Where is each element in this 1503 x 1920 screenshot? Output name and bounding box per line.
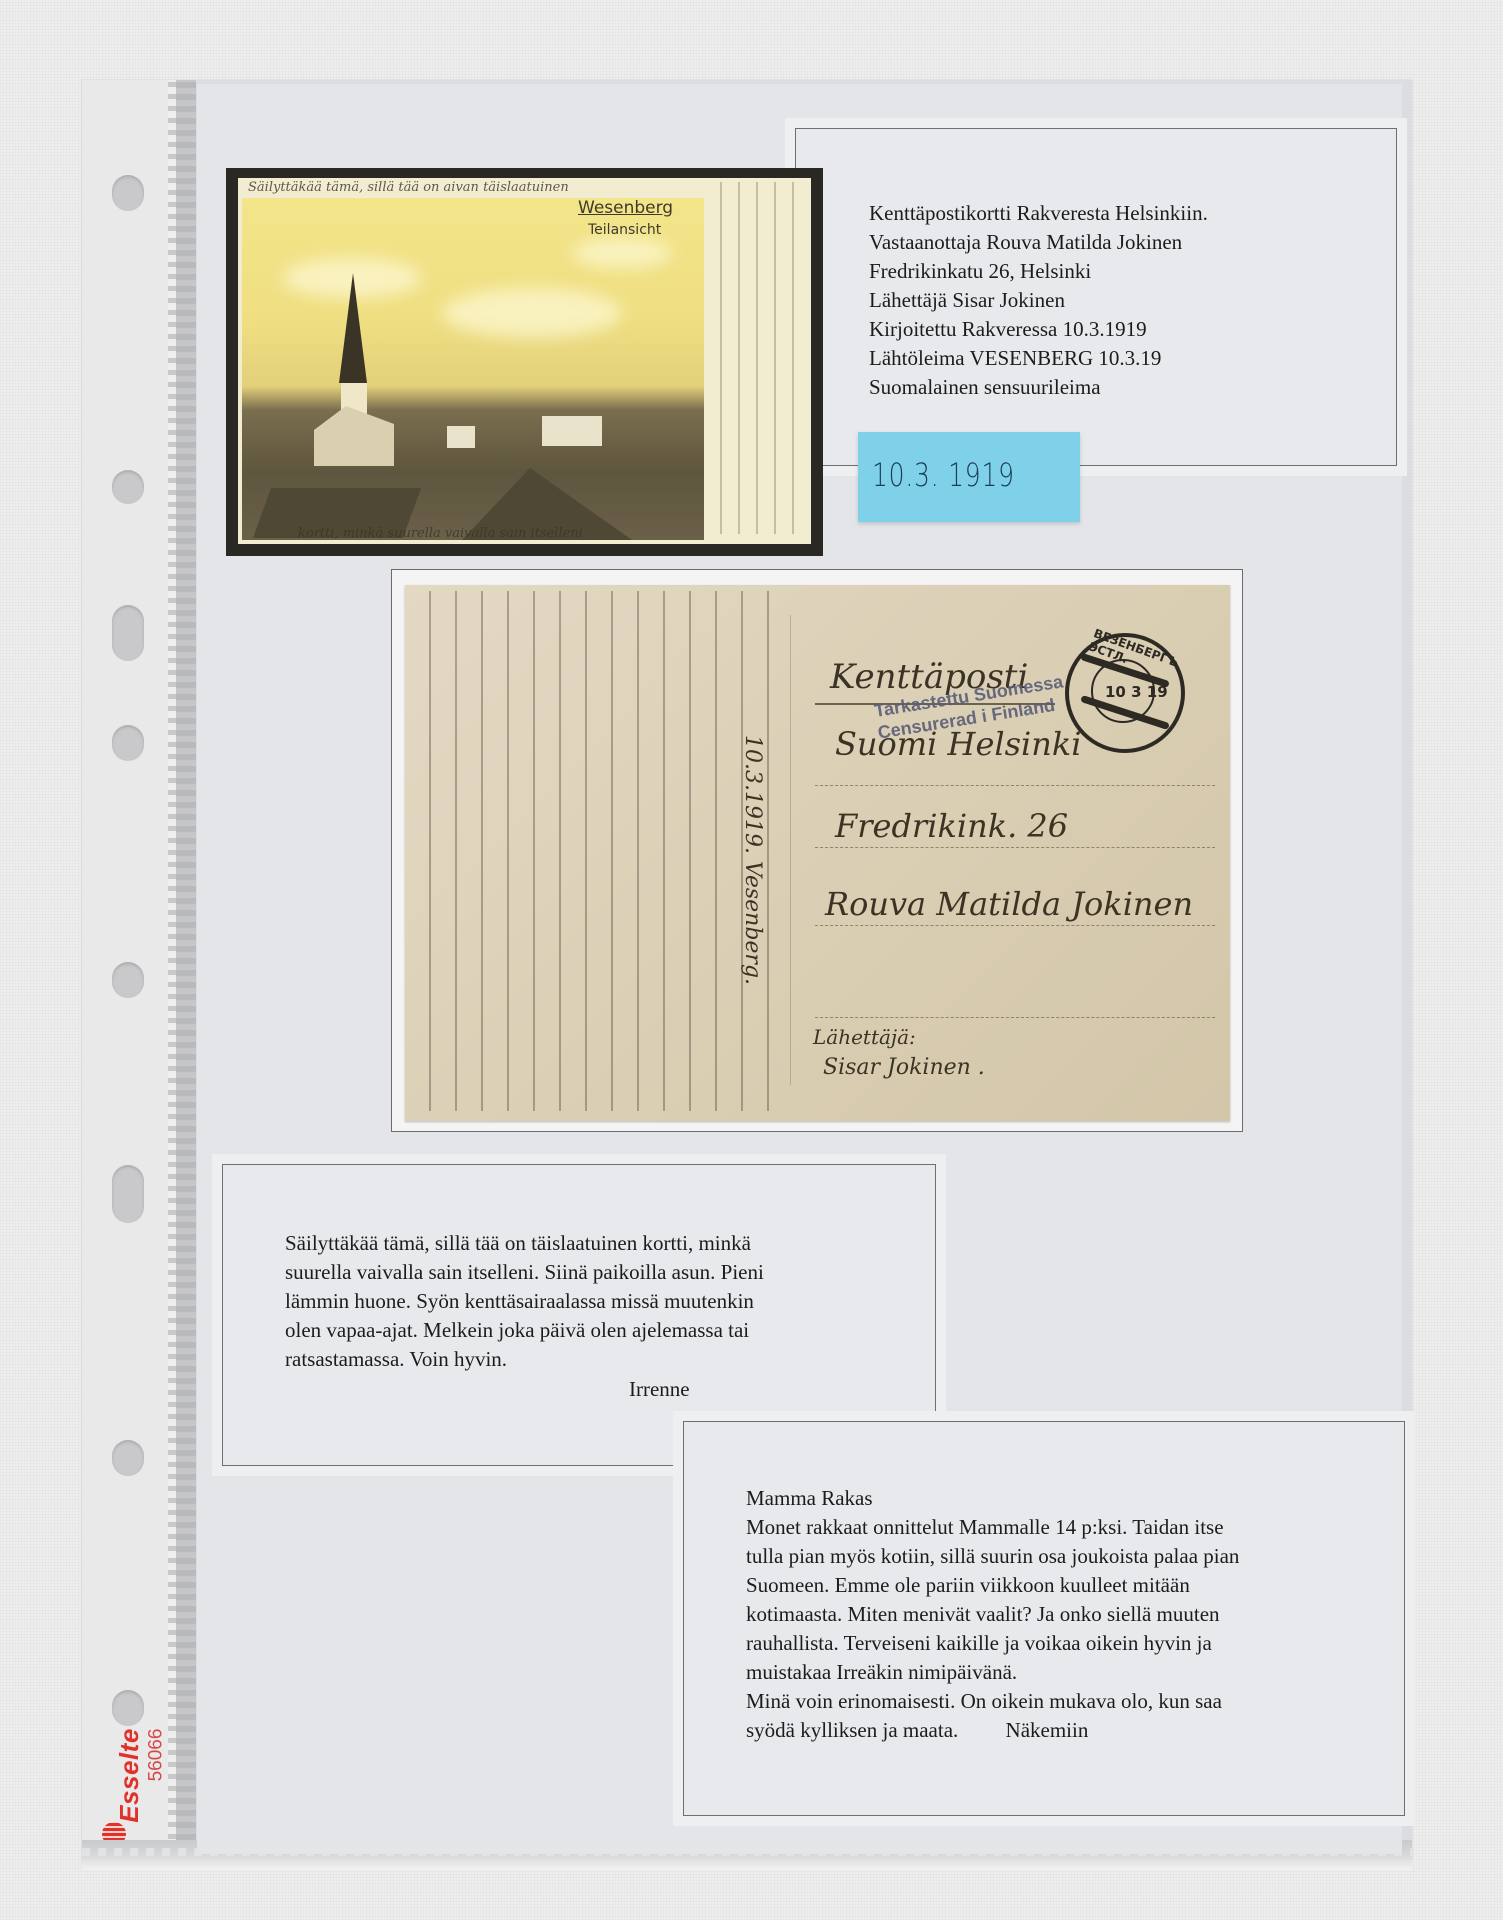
info-lines: Kenttäpostikortti Rakveresta Helsinkiin.… (869, 199, 1208, 402)
message-date: 10.3.1919. Vesenberg. (740, 735, 765, 985)
church-spire (339, 273, 367, 383)
info-line: Kenttäpostikortti Rakveresta Helsinkiin. (869, 199, 1208, 228)
message-line: ratsastamassa. Voin hyvin. (285, 1345, 885, 1374)
handwriting-bottom: kortti, minkä suurella vaivalla sain its… (298, 526, 583, 541)
info-line: Vastaanottaja Rouva Matilda Jokinen (869, 228, 1208, 257)
town-view-photo (242, 198, 704, 540)
info-line: Lähtöleima VESENBERG 10.3.19 (869, 344, 1208, 373)
postmark-stamp: ВЕЗЕНБЕРГЪ ЭСТЛ. 10 3 19 (1065, 633, 1185, 753)
product-code: 56066 (145, 1729, 167, 1782)
message-line: Säilyttäkää tämä, sillä tää on täislaatu… (285, 1229, 885, 1258)
punch-hole (112, 605, 144, 661)
letter-line: Minä voin erinomaisesti. On oikein mukav… (746, 1687, 1396, 1716)
message-line: lämmin huone. Syön kenttäsairaalassa mis… (285, 1287, 885, 1316)
street-address: Fredrikink. 26 (835, 807, 1068, 845)
letter-line: muistakaa Irreäkin nimipäivänä. (746, 1658, 1396, 1687)
picture-postcard: Wesenberg Teilansicht Säilyttäkää tämä, … (226, 168, 823, 556)
sender-label: Lähettäjä: (813, 1025, 916, 1049)
info-line: Suomalainen sensuurileima (869, 373, 1208, 402)
letter-line: kotimaasta. Miten menivät vaalit? Ja onk… (746, 1600, 1396, 1629)
punch-hole (112, 1440, 144, 1476)
handwritten-message (415, 591, 785, 1111)
info-box: Kenttäpostikortti Rakveresta Helsinkiin.… (795, 128, 1397, 466)
punch-hole (112, 175, 144, 211)
signature: Irrenne (629, 1375, 690, 1404)
postcard-subtitle: Teilansicht (588, 222, 661, 238)
address-postcard: 10.3.1919. Vesenberg. Kenttäposti Suomi … (405, 585, 1230, 1121)
message-line: suurella vaivalla sain itselleni. Siinä … (285, 1258, 885, 1287)
brand-label: Esselte 56066 (96, 1700, 166, 1850)
perforated-edge (168, 80, 196, 1870)
info-line: Lähettäjä Sisar Jokinen (869, 286, 1208, 315)
message-line: olen vapaa-ajat. Melkein joka päivä olen… (285, 1316, 885, 1345)
letter-line: syödä kylliksen ja maata. Näkemiin (746, 1716, 1396, 1745)
handwriting-top: Säilyttäkää tämä, sillä tää on aivan täi… (248, 180, 569, 195)
info-line: Kirjoitettu Rakveressa 10.3.1919 (869, 315, 1208, 344)
postmark-date: 10 3 19 (1105, 683, 1168, 701)
sender-name: Sisar Jokinen . (823, 1055, 985, 1080)
punch-hole (112, 962, 144, 998)
letter-translation-box: Mamma Rakas Monet rakkaat onnittelut Mam… (683, 1421, 1405, 1816)
brand-name: Esselte (114, 1728, 145, 1823)
punch-hole (112, 1165, 144, 1223)
letter-line: Monet rakkaat onnittelut Mammalle 14 p:k… (746, 1513, 1396, 1542)
postcard-title: Wesenberg (578, 198, 673, 218)
sticky-note: 10.3. 1919 (858, 432, 1080, 522)
letter-line: Suomeen. Emme ole pariin viikkoon kuulle… (746, 1571, 1396, 1600)
handwriting-side (708, 182, 804, 534)
letter-line: tulla pian myös kotiin, sillä suurin osa… (746, 1542, 1396, 1571)
letter-line: rauhallista. Terveiseni kaikille ja voik… (746, 1629, 1396, 1658)
church (314, 406, 394, 466)
punch-hole (112, 470, 144, 504)
recipient-name: Rouva Matilda Jokinen (825, 885, 1193, 923)
sticky-note-date: 10.3. 1919 (872, 456, 1015, 494)
info-line: Fredrikinkatu 26, Helsinki (869, 257, 1208, 286)
letter-line: Mamma Rakas (746, 1484, 1396, 1513)
punch-hole (112, 725, 144, 761)
